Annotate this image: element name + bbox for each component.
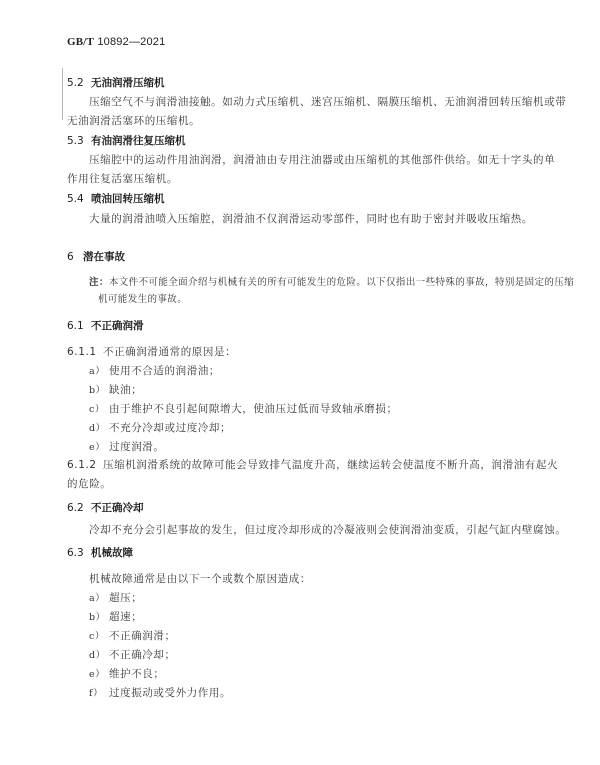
paragraph-5-2-line2: 无油润滑活塞环的压缩机。 [67, 112, 200, 131]
section-heading-5-2: 5.2无油润滑压缩机 [67, 75, 165, 90]
list-marker: e） [89, 666, 109, 680]
section-number: 5.3 [67, 135, 91, 147]
list-item: a）超压； [89, 590, 142, 605]
change-bar [62, 68, 63, 120]
list-marker: a） [89, 590, 109, 604]
section-title: 喷油回转压缩机 [91, 193, 165, 205]
clause-text: 不正确润滑通常的原因是： [103, 346, 236, 358]
clause-6-1-2-line2: 的危险。 [67, 476, 111, 491]
standard-header: GB/T 10892—2021 [67, 36, 165, 48]
paragraph-6-2: 冷却不充分会引起事故的发生，但过度冷却形成的冷凝液则会使润滑油变质，引起气缸内壁… [89, 521, 566, 540]
section-heading-6-2: 6.2不正确冷却 [67, 500, 144, 515]
section-title: 机械故障 [91, 547, 133, 559]
list-text: 使用不合适的润滑油； [109, 365, 220, 377]
section-number: 6.3 [67, 547, 91, 559]
list-marker: f） [89, 685, 109, 699]
list-text: 过度润滑。 [109, 441, 165, 453]
section-number: 5.4 [67, 193, 91, 205]
clause-6-1-2-line1: 6.1.2压缩机润滑系统的故障可能会导致排气温度升高，继续运转会使温度不断升高，… [67, 457, 558, 472]
section-heading-5-4: 5.4喷油回转压缩机 [67, 191, 165, 206]
paragraph-5-2-line1: 压缩空气不与润滑油接触。如动力式压缩机、迷宫压缩机、隔膜压缩机、无油润滑回转压缩… [89, 93, 566, 112]
list-item: d）不正确冷却； [89, 647, 176, 662]
list-text: 维护不良； [109, 668, 165, 680]
clause-text: 压缩机润滑系统的故障可能会导致排气温度升高，继续运转会使温度不断升高，润滑油有起… [103, 459, 558, 471]
section-title: 有油润滑往复压缩机 [91, 135, 186, 147]
list-marker: a） [89, 363, 109, 377]
list-item: d）不充分冷却或过度冷却； [89, 420, 231, 435]
clause-number: 6.1.2 [67, 459, 103, 471]
list-item: e）过度润滑。 [89, 439, 165, 454]
note-line1: 注：本文件不可能全面介绍与机械有关的所有可能发生的危险。以下仅指出一些特殊的事故… [89, 275, 574, 291]
clause-6-1-1: 6.1.1不正确润滑通常的原因是： [67, 344, 236, 359]
list-text: 过度振动或受外力作用。 [109, 687, 231, 699]
list-item: a）使用不合适的润滑油； [89, 363, 220, 378]
clause-number: 6.1.1 [67, 346, 103, 358]
section-title: 不正确润滑 [91, 320, 144, 332]
paragraph-6-3-intro: 机械故障通常是由以下一个或数个原因造成： [89, 571, 311, 586]
list-item: c）不正确润滑； [89, 628, 176, 643]
list-marker: c） [89, 628, 109, 642]
section-number: 6 [67, 251, 83, 263]
section-title: 潜在事故 [83, 251, 125, 263]
list-text: 缺油； [109, 384, 142, 396]
list-text: 超速； [109, 611, 142, 623]
section-heading-6: 6潜在事故 [67, 249, 125, 264]
list-text: 不充分冷却或过度冷却； [109, 422, 231, 434]
standard-code: 10892—2021 [97, 36, 165, 48]
list-text: 超压； [109, 592, 142, 604]
paragraph-5-4: 大量的润滑油喷入压缩腔，润滑油不仅润滑运动零部件，同时也有助于密封并吸收压缩热。 [89, 210, 533, 229]
note-text: 本文件不可能全面介绍与机械有关的所有可能发生的危险。以下仅指出一些特殊的事故，特… [109, 277, 574, 288]
document-page: GB/T 10892—2021 5.2无油润滑压缩机 压缩空气不与润滑油接触。如… [0, 0, 600, 765]
paragraph-5-3-line2: 作用往复活塞压缩机。 [67, 170, 178, 189]
list-marker: c） [89, 401, 109, 415]
paragraph-5-3-line1: 压缩腔中的运动件用油润滑，润滑油由专用注油器或由压缩机的其他部件供给。如无十字头… [89, 151, 555, 170]
note-line2: 机可能发生的事故。 [98, 292, 187, 308]
section-title: 不正确冷却 [91, 502, 144, 514]
section-heading-6-1: 6.1不正确润滑 [67, 318, 144, 333]
list-text: 由于维护不良引起间隙增大，使油压过低而导致轴承磨损； [109, 403, 398, 415]
list-marker: d） [89, 647, 109, 661]
list-item: c）由于维护不良引起间隙增大，使油压过低而导致轴承磨损； [89, 401, 398, 416]
list-text: 不正确冷却； [109, 649, 176, 661]
list-marker: e） [89, 439, 109, 453]
list-item: b）超速； [89, 609, 142, 624]
section-number: 6.1 [67, 320, 91, 332]
list-marker: b） [89, 382, 109, 396]
list-item: e）维护不良； [89, 666, 165, 681]
section-title: 无油润滑压缩机 [91, 77, 165, 89]
section-number: 5.2 [67, 77, 91, 89]
section-heading-5-3: 5.3有油润滑往复压缩机 [67, 133, 186, 148]
list-item: b）缺油； [89, 382, 142, 397]
note-label: 注： [89, 277, 109, 288]
section-heading-6-3: 6.3机械故障 [67, 545, 133, 560]
list-marker: d） [89, 420, 109, 434]
standard-prefix: GB/T [67, 36, 94, 48]
section-number: 6.2 [67, 502, 91, 514]
list-item: f）过度振动或受外力作用。 [89, 685, 231, 700]
list-text: 不正确润滑； [109, 630, 176, 642]
list-marker: b） [89, 609, 109, 623]
